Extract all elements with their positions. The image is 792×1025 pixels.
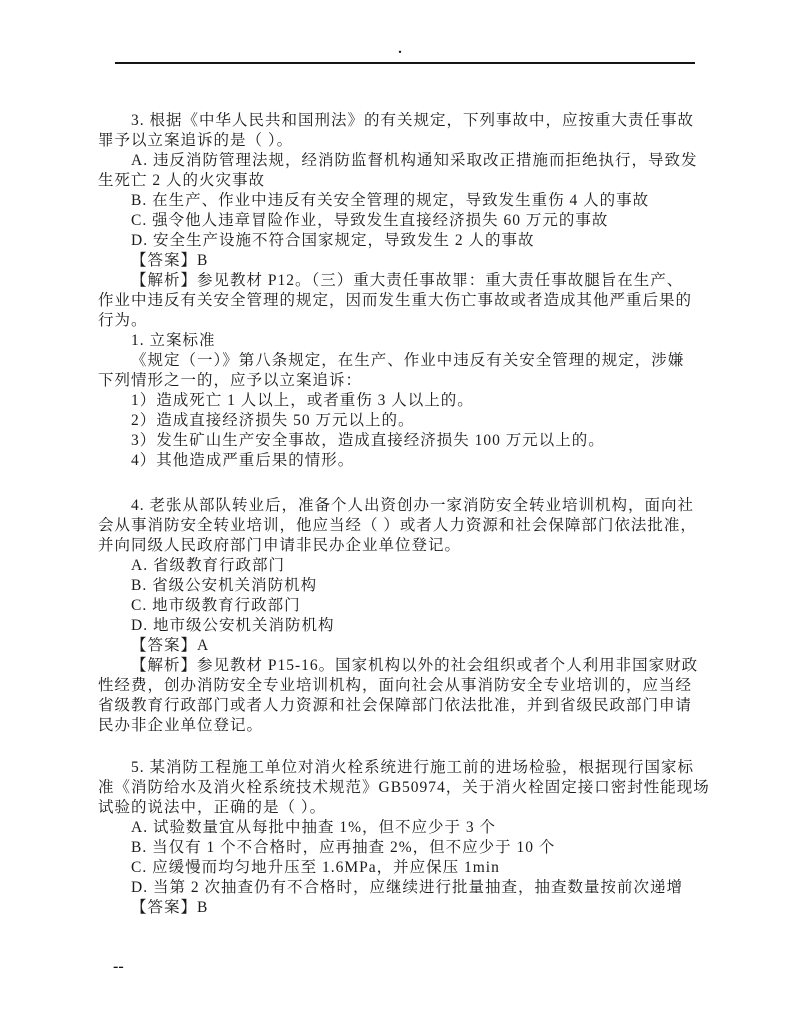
text-line: 1）造成死亡 1 人以上，或者重伤 3 人以上的。 [98,391,698,411]
document-body: 3. 根据《中华人民共和国刑法》的有关规定，下列事故中，应按重大责任事故罪予以立… [98,111,698,918]
header-rule [115,62,695,64]
text-line: 4）其他造成严重后果的情形。 [98,451,698,471]
text-line: 4. 老张从部队转业后，准备个人出资创办一家消防安全转业培训机构，面向社 [98,496,698,516]
text-line: B. 当仅有 1 个不合格时，应再抽查 2%，但不应少于 10 个 [98,838,698,858]
text-line: D. 当第 2 次抽查仍有不合格时，应继续进行批量抽查，抽查数量按前次递增 [98,878,698,898]
text-line: 准《消防给水及消火栓系统技术规范》GB50974，关于消火栓固定接口密封性能现场 [98,778,698,798]
text-line: A. 试验数量宜从每批中抽查 1%，但不应少于 3 个 [98,818,698,838]
text-line: 3）发生矿山生产安全事故，造成直接经济损失 100 万元以上的。 [98,431,698,451]
text-line: 会从事消防安全转业培训，他应当经（ ）或者人力资源和社会保障部门依法批准， [98,516,698,536]
question-5: 5. 某消防工程施工单位对消火栓系统进行施工前的进场检验，根据现行国家标准《消防… [98,758,698,918]
text-line: 【答案】B [98,898,698,918]
text-line: 省级教育行政部门或者人力资源和社会保障部门依法批准，并到省级民政部门申请 [98,696,698,716]
text-line: 【答案】A [98,636,698,656]
text-line: 【解析】参见教材 P15-16。国家机构以外的社会组织或者个人利用非国家财政 [98,656,698,676]
text-line: 【答案】B [98,251,698,271]
text-line: 【解析】参见教材 P12。（三）重大责任事故罪：重大责任事故腿旨在生产、 [98,271,698,291]
document-page: . 3. 根据《中华人民共和国刑法》的有关规定，下列事故中，应按重大责任事故罪予… [0,0,792,1025]
text-line: B. 省级公安机关消防机构 [98,576,698,596]
text-line: 5. 某消防工程施工单位对消火栓系统进行施工前的进场检验，根据现行国家标 [98,758,698,778]
text-line: 2）造成直接经济损失 50 万元以上的。 [98,411,698,431]
question-3: 3. 根据《中华人民共和国刑法》的有关规定，下列事故中，应按重大责任事故罪予以立… [98,111,698,471]
text-line: 1. 立案标准 [98,331,698,351]
text-line: 民办非企业单位登记。 [98,716,698,736]
text-line: 并向同级人民政府部门申请非民办企业单位登记。 [98,536,698,556]
footer-mark: -- [113,958,124,976]
text-line: C. 地市级教育行政部门 [98,596,698,616]
header-dot-mark: . [394,40,406,58]
text-line: D. 地市级公安机关消防机构 [98,616,698,636]
text-line: 生死亡 2 人的火灾事故 [98,171,698,191]
text-line: 行为。 [98,311,698,331]
text-line: 试验的说法中，正确的是（ ）。 [98,798,698,818]
text-line: 3. 根据《中华人民共和国刑法》的有关规定，下列事故中，应按重大责任事故 [98,111,698,131]
text-line: D. 安全生产设施不符合国家规定，导致发生 2 人的事故 [98,231,698,251]
question-4: 4. 老张从部队转业后，准备个人出资创办一家消防安全转业培训机构，面向社会从事消… [98,496,698,736]
text-line: 《规定（一）》第八条规定，在生产、作业中违反有关安全管理的规定，涉嫌 [98,351,698,371]
text-line: C. 强令他人违章冒险作业，导致发生直接经济损失 60 万元的事故 [98,211,698,231]
text-line: A. 省级教育行政部门 [98,556,698,576]
text-line: C. 应缓慢而均匀地升压至 1.6MPa，并应保压 1min [98,858,698,878]
text-line: 罪予以立案追诉的是（ ）。 [98,131,698,151]
text-line: 性经费，创办消防安全专业培训机构，面向社会从事消防安全专业培训的，应当经 [98,676,698,696]
text-line: 作业中违反有关安全管理的规定，因而发生重大伤亡事故或者造成其他严重后果的 [98,291,698,311]
text-line: B. 在生产、作业中违反有关安全管理的规定，导致发生重伤 4 人的事故 [98,191,698,211]
text-line: A. 违反消防管理法规，经消防监督机构通知采取改正措施而拒绝执行，导致发 [98,151,698,171]
text-line: 下列情形之一的，应予以立案追诉： [98,371,698,391]
